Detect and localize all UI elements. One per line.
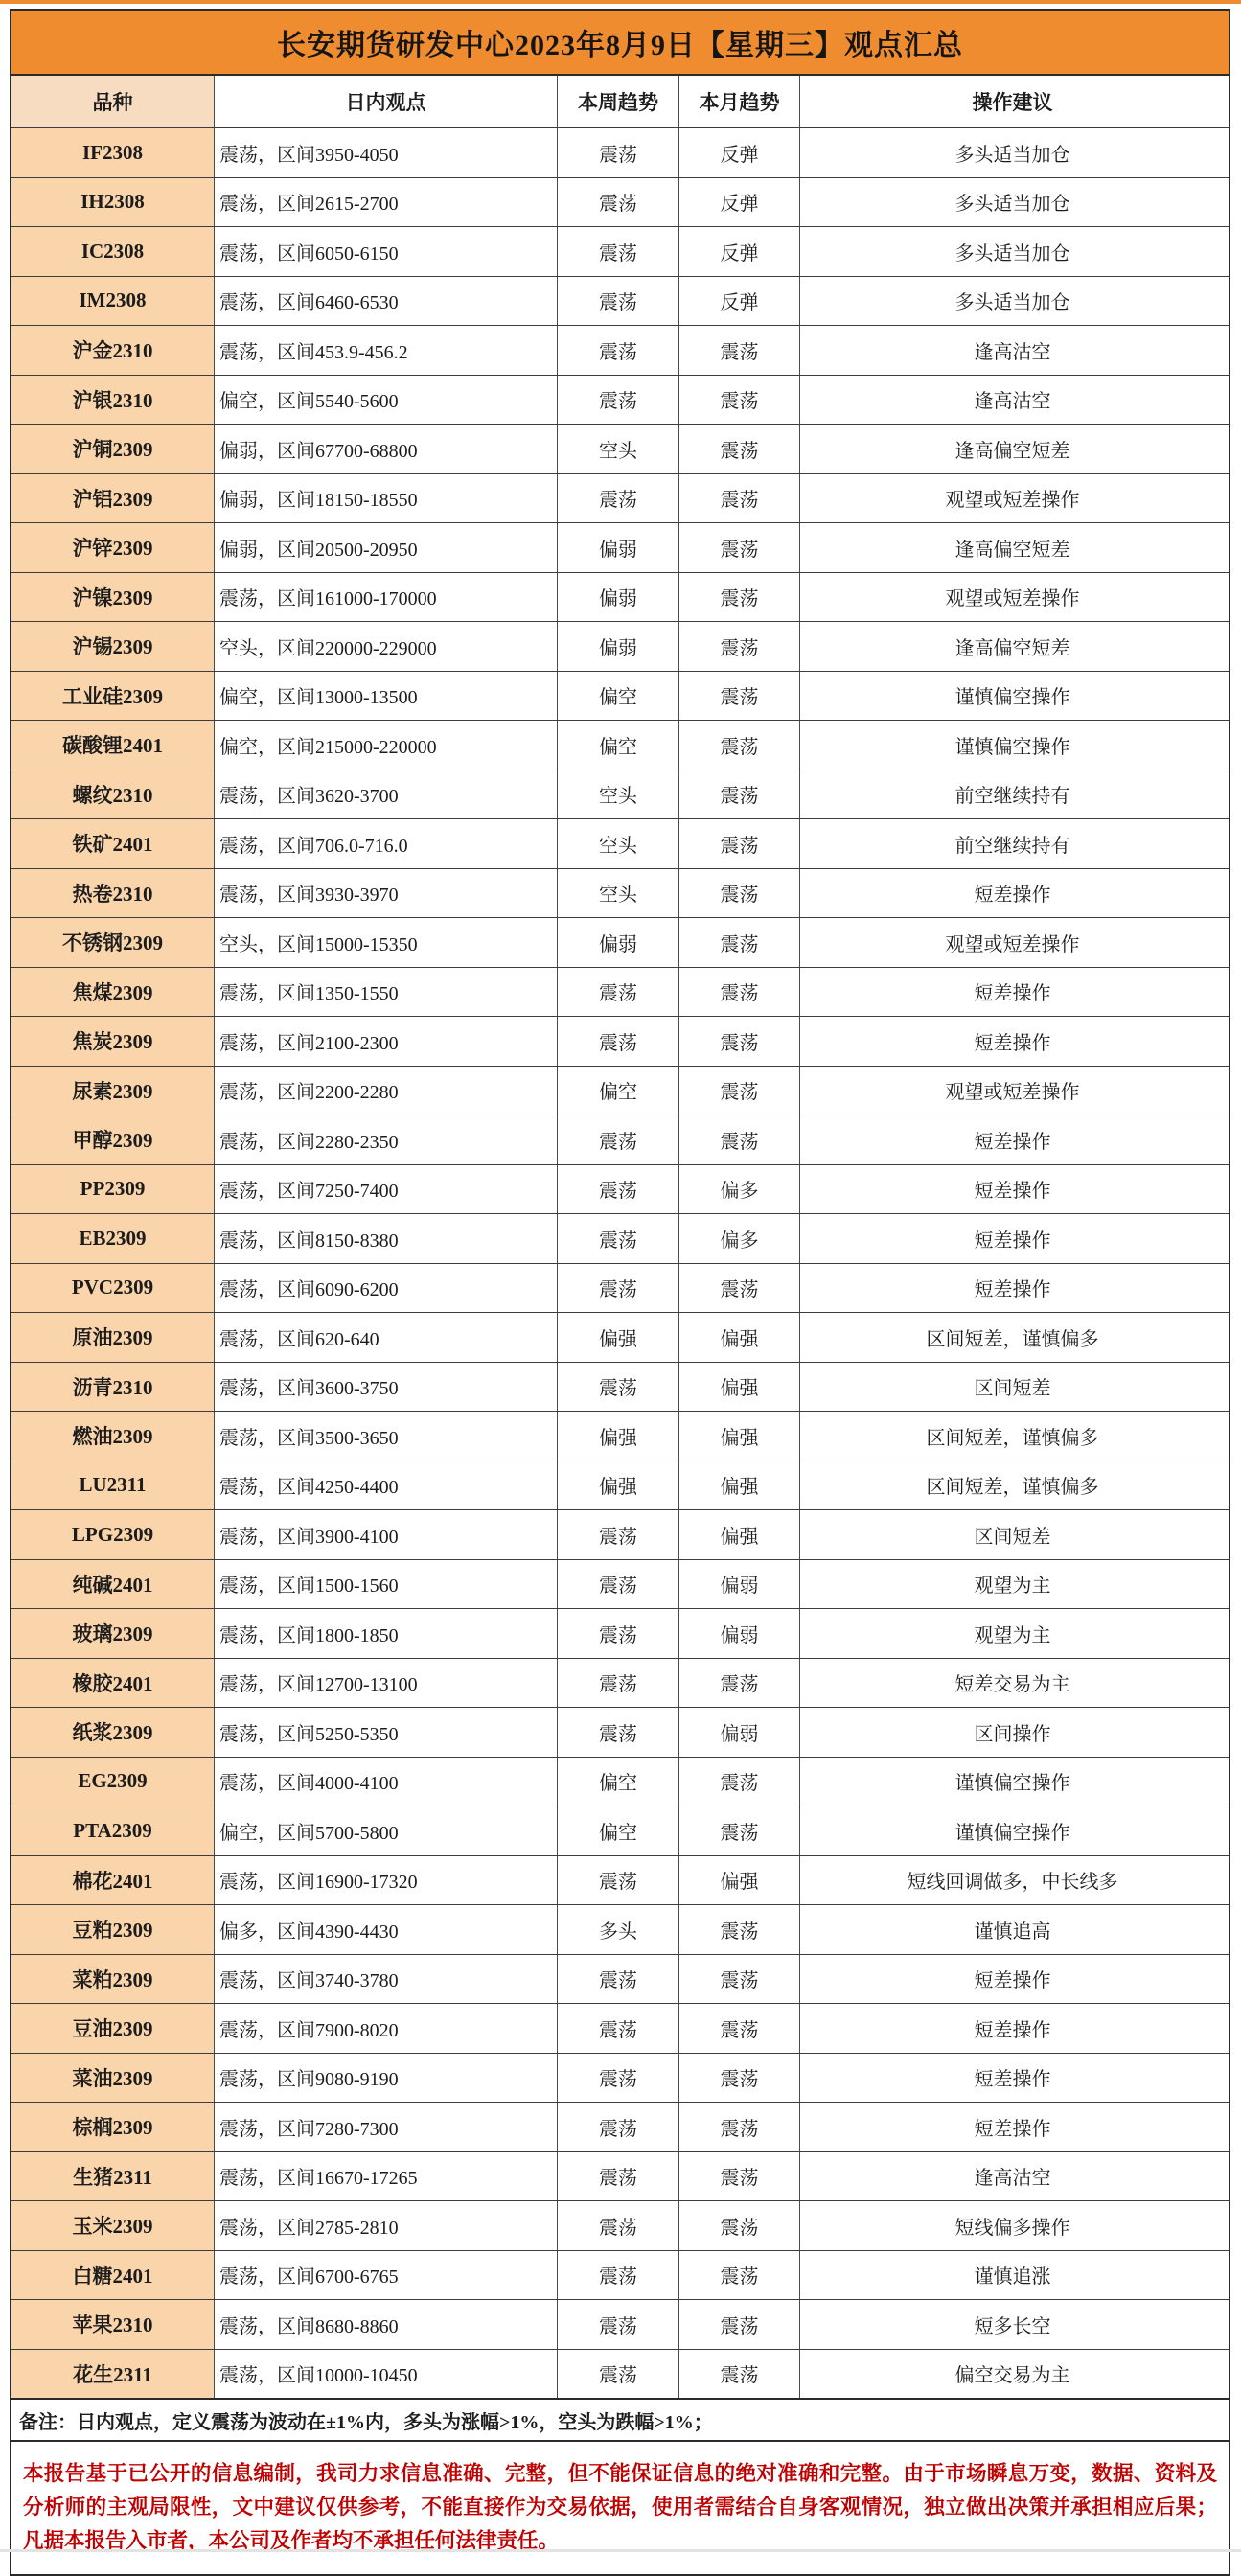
table-row: 沪铝2309 偏弱，区间18150-18550 震荡 震荡 观望或短差操作 [11,473,1229,523]
month-trend-cell: 震荡 [679,819,800,868]
advice-cell: 短差操作 [800,968,1225,1017]
week-trend-cell: 震荡 [558,968,679,1017]
advice-cell: 区间短差 [800,1363,1225,1412]
table-row: LPG2309 震荡，区间3900-4100 震荡 偏强 区间短差 [11,1509,1229,1559]
month-trend-cell: 震荡 [679,523,800,572]
advice-cell: 短多长空 [800,2300,1225,2349]
table-row: IC2308 震荡，区间6050-6150 震荡 反弹 多头适当加仓 [11,226,1229,276]
table-row: 纸浆2309 震荡，区间5250-5350 震荡 偏弱 区间操作 [11,1707,1229,1757]
advice-cell: 短差操作 [800,1214,1225,1263]
variety-cell: 不锈钢2309 [11,918,215,967]
intraday-cell: 偏弱，区间67700-68800 [215,425,558,473]
page-top-strip [0,0,1241,4]
intraday-cell: 震荡，区间6460-6530 [215,277,558,326]
table-row: PVC2309 震荡，区间6090-6200 震荡 震荡 短差操作 [11,1263,1229,1313]
advice-cell: 短差操作 [800,1165,1225,1214]
week-trend-cell: 空头 [558,869,679,918]
intraday-cell: 震荡，区间3500-3650 [215,1412,558,1460]
variety-cell: 菜粕2309 [11,1955,215,2004]
advice-cell: 短差操作 [800,2103,1225,2151]
month-trend-cell: 反弹 [679,178,800,227]
variety-cell: IC2308 [11,227,215,276]
month-trend-cell: 震荡 [679,2004,800,2053]
intraday-cell: 偏空，区间215000-220000 [215,721,558,770]
week-trend-cell: 震荡 [558,474,679,523]
week-trend-cell: 震荡 [558,1017,679,1066]
month-trend-cell: 震荡 [679,1659,800,1708]
week-trend-cell: 震荡 [558,1264,679,1313]
table-row: IF2308 震荡，区间3950-4050 震荡 反弹 多头适当加仓 [11,127,1229,177]
table-row: 热卷2310 震荡，区间3930-3970 空头 震荡 短差操作 [11,868,1229,918]
week-trend-cell: 震荡 [558,1560,679,1609]
report-table: 长安期货研发中心2023年8月9日【星期三】观点汇总 品种 日内观点 本周趋势 … [10,9,1230,2576]
week-trend-cell: 震荡 [558,2152,679,2201]
table-row: IH2308 震荡，区间2615-2700 震荡 反弹 多头适当加仓 [11,177,1229,227]
intraday-cell: 空头，区间15000-15350 [215,918,558,967]
table-row: PTA2309 偏空，区间5700-5800 偏空 震荡 谨慎偏空操作 [11,1805,1229,1855]
intraday-cell: 震荡，区间2615-2700 [215,178,558,227]
month-trend-cell: 震荡 [679,1264,800,1313]
disclaimer-text: 本报告基于已公开的信息编制，我司力求信息准确、完整，但不能保证信息的绝对准确和完… [23,2457,1217,2557]
table-row: 沥青2310 震荡，区间3600-3750 震荡 偏强 区间短差 [11,1362,1229,1412]
table-body: IF2308 震荡，区间3950-4050 震荡 反弹 多头适当加仓 IH230… [11,127,1229,2398]
advice-cell: 谨慎偏空操作 [800,672,1225,721]
table-row: 纯碱2401 震荡，区间1500-1560 震荡 偏弱 观望为主 [11,1559,1229,1609]
variety-cell: 焦炭2309 [11,1017,215,1066]
week-trend-cell: 空头 [558,819,679,868]
week-trend-cell: 偏空 [558,1806,679,1855]
advice-cell: 观望或短差操作 [800,474,1225,523]
intraday-cell: 震荡，区间2280-2350 [215,1115,558,1164]
report-title: 长安期货研发中心2023年8月9日【星期三】观点汇总 [11,11,1229,74]
intraday-cell: 震荡，区间8680-8860 [215,2300,558,2349]
column-header-advice: 操作建议 [800,76,1225,127]
week-trend-cell: 震荡 [558,1609,679,1658]
table-row: 菜粕2309 震荡，区间3740-3780 震荡 震荡 短差操作 [11,1954,1229,2004]
variety-cell: 苹果2310 [11,2300,215,2349]
advice-cell: 区间短差，谨慎偏多 [800,1313,1225,1362]
advice-cell: 谨慎追高 [800,1905,1225,1954]
month-trend-cell: 震荡 [679,2201,800,2250]
advice-cell: 观望为主 [800,1560,1225,1609]
advice-cell: 短差操作 [800,2004,1225,2053]
month-trend-cell: 震荡 [679,2152,800,2201]
table-row: 尿素2309 震荡，区间2200-2280 偏空 震荡 观望或短差操作 [11,1066,1229,1115]
advice-cell: 观望或短差操作 [800,918,1225,967]
table-header-row: 品种 日内观点 本周趋势 本月趋势 操作建议 [11,74,1229,127]
week-trend-cell: 空头 [558,425,679,473]
week-trend-cell: 震荡 [558,2300,679,2349]
advice-cell: 短差操作 [800,1115,1225,1164]
variety-cell: 甲醇2309 [11,1115,215,1164]
table-row: 白糖2401 震荡，区间6700-6765 震荡 震荡 谨慎追涨 [11,2250,1229,2300]
month-trend-cell: 偏弱 [679,1609,800,1658]
intraday-cell: 震荡，区间3740-3780 [215,1955,558,2004]
intraday-cell: 震荡，区间16900-17320 [215,1856,558,1905]
table-row: 工业硅2309 偏空，区间13000-13500 偏空 震荡 谨慎偏空操作 [11,671,1229,721]
advice-cell: 短差操作 [800,1264,1225,1313]
variety-cell: 沪铜2309 [11,425,215,473]
advice-cell: 观望为主 [800,1609,1225,1658]
variety-cell: 玻璃2309 [11,1609,215,1658]
month-trend-cell: 偏强 [679,1461,800,1510]
variety-cell: EG2309 [11,1758,215,1806]
intraday-cell: 震荡，区间620-640 [215,1313,558,1362]
table-row: IM2308 震荡，区间6460-6530 震荡 反弹 多头适当加仓 [11,276,1229,326]
month-trend-cell: 偏强 [679,1412,800,1460]
column-header-week-trend: 本周趋势 [558,76,679,127]
week-trend-cell: 震荡 [558,1214,679,1263]
month-trend-cell: 震荡 [679,1905,800,1954]
week-trend-cell: 震荡 [558,376,679,425]
variety-cell: LPG2309 [11,1510,215,1559]
variety-cell: IF2308 [11,128,215,177]
month-trend-cell: 反弹 [679,227,800,276]
month-trend-cell: 震荡 [679,1067,800,1115]
variety-cell: 铁矿2401 [11,819,215,868]
intraday-cell: 震荡，区间12700-13100 [215,1659,558,1708]
table-row: 燃油2309 震荡，区间3500-3650 偏强 偏强 区间短差，谨慎偏多 [11,1411,1229,1460]
table-row: 铁矿2401 震荡，区间706.0-716.0 空头 震荡 前空继续持有 [11,818,1229,868]
month-trend-cell: 震荡 [679,1806,800,1855]
table-row: 棉花2401 震荡，区间16900-17320 震荡 偏强 短线回调做多，中长线… [11,1855,1229,1905]
week-trend-cell: 偏强 [558,1461,679,1510]
week-trend-cell: 震荡 [558,2251,679,2300]
table-row: 沪锡2309 空头，区间220000-229000 偏弱 震荡 逢高偏空短差 [11,621,1229,671]
variety-cell: 尿素2309 [11,1067,215,1115]
table-row: 焦炭2309 震荡，区间2100-2300 震荡 震荡 短差操作 [11,1016,1229,1066]
month-trend-cell: 反弹 [679,128,800,177]
month-trend-cell: 偏多 [679,1214,800,1263]
week-trend-cell: 震荡 [558,1363,679,1412]
intraday-cell: 震荡，区间3930-3970 [215,869,558,918]
advice-cell: 短线回调做多，中长线多 [800,1856,1225,1905]
intraday-cell: 震荡，区间161000-170000 [215,573,558,622]
month-trend-cell: 震荡 [679,918,800,967]
variety-cell: 沥青2310 [11,1363,215,1412]
month-trend-cell: 震荡 [679,672,800,721]
variety-cell: IM2308 [11,277,215,326]
week-trend-cell: 空头 [558,770,679,819]
week-trend-cell: 震荡 [558,178,679,227]
table-row: 豆粕2309 偏多，区间4390-4430 多头 震荡 谨慎追高 [11,1904,1229,1954]
month-trend-cell: 偏强 [679,1856,800,1905]
week-trend-cell: 震荡 [558,1165,679,1214]
advice-cell: 区间短差，谨慎偏多 [800,1412,1225,1460]
intraday-cell: 偏弱，区间20500-20950 [215,523,558,572]
variety-cell: EB2309 [11,1214,215,1263]
advice-cell: 区间短差 [800,1510,1225,1559]
variety-cell: 工业硅2309 [11,672,215,721]
month-trend-cell: 震荡 [679,2103,800,2151]
month-trend-cell: 偏强 [679,1363,800,1412]
month-trend-cell: 震荡 [679,1758,800,1806]
variety-cell: PVC2309 [11,1264,215,1313]
table-row: 生猪2311 震荡，区间16670-17265 震荡 震荡 逢高沽空 [11,2151,1229,2201]
advice-cell: 偏空交易为主 [800,2350,1225,2399]
week-trend-cell: 震荡 [558,277,679,326]
variety-cell: 玉米2309 [11,2201,215,2250]
intraday-cell: 震荡，区间2785-2810 [215,2201,558,2250]
intraday-cell: 震荡，区间3900-4100 [215,1510,558,1559]
intraday-cell: 偏弱，区间18150-18550 [215,474,558,523]
week-trend-cell: 震荡 [558,2201,679,2250]
week-trend-cell: 震荡 [558,2350,679,2399]
variety-cell: 豆粕2309 [11,1905,215,1954]
column-header-variety: 品种 [11,76,215,127]
table-row: 螺纹2310 震荡，区间3620-3700 空头 震荡 前空继续持有 [11,770,1229,819]
intraday-cell: 震荡，区间3620-3700 [215,770,558,819]
intraday-cell: 震荡，区间7280-7300 [215,2103,558,2151]
variety-cell: 纸浆2309 [11,1708,215,1757]
table-row: 豆油2309 震荡，区间7900-8020 震荡 震荡 短差操作 [11,2003,1229,2053]
advice-cell: 逢高沽空 [800,376,1225,425]
intraday-cell: 震荡，区间6050-6150 [215,227,558,276]
intraday-cell: 偏空，区间5540-5600 [215,376,558,425]
column-header-intraday: 日内观点 [215,76,558,127]
variety-cell: 白糖2401 [11,2251,215,2300]
table-row: 沪镍2309 震荡，区间161000-170000 偏弱 震荡 观望或短差操作 [11,572,1229,622]
month-trend-cell: 偏强 [679,1510,800,1559]
week-trend-cell: 偏弱 [558,523,679,572]
month-trend-cell: 震荡 [679,869,800,918]
intraday-cell: 震荡，区间3600-3750 [215,1363,558,1412]
table-row: PP2309 震荡，区间7250-7400 震荡 偏多 短差操作 [11,1164,1229,1214]
month-trend-cell: 偏多 [679,1165,800,1214]
table-row: EG2309 震荡，区间4000-4100 偏空 震荡 谨慎偏空操作 [11,1757,1229,1806]
month-trend-cell: 震荡 [679,2054,800,2103]
table-row: 橡胶2401 震荡，区间12700-13100 震荡 震荡 短差交易为主 [11,1658,1229,1708]
variety-cell: PTA2309 [11,1806,215,1855]
table-row: LU2311 震荡，区间4250-4400 偏强 偏强 区间短差，谨慎偏多 [11,1460,1229,1510]
intraday-cell: 震荡，区间4000-4100 [215,1758,558,1806]
table-row: 甲醇2309 震荡，区间2280-2350 震荡 震荡 短差操作 [11,1115,1229,1164]
advice-cell: 短线偏多操作 [800,2201,1225,2250]
week-trend-cell: 震荡 [558,1659,679,1708]
month-trend-cell: 震荡 [679,968,800,1017]
advice-cell: 短差操作 [800,1017,1225,1066]
week-trend-cell: 多头 [558,1905,679,1954]
month-trend-cell: 震荡 [679,2251,800,2300]
variety-cell: 橡胶2401 [11,1659,215,1708]
week-trend-cell: 偏弱 [558,918,679,967]
advice-cell: 短差操作 [800,869,1225,918]
variety-cell: 纯碱2401 [11,1560,215,1609]
page-bottom-strip [0,2549,1241,2552]
advice-cell: 逢高偏空短差 [800,622,1225,671]
variety-cell: 沪锌2309 [11,523,215,572]
variety-cell: 菜油2309 [11,2054,215,2103]
table-row: 原油2309 震荡，区间620-640 偏强 偏强 区间短差，谨慎偏多 [11,1312,1229,1362]
advice-cell: 多头适当加仓 [800,128,1225,177]
table-row: 沪锌2309 偏弱，区间20500-20950 偏弱 震荡 逢高偏空短差 [11,522,1229,572]
week-trend-cell: 震荡 [558,128,679,177]
intraday-cell: 震荡，区间7900-8020 [215,2004,558,2053]
week-trend-cell: 震荡 [558,2103,679,2151]
week-trend-cell: 震荡 [558,1856,679,1905]
week-trend-cell: 震荡 [558,2054,679,2103]
week-trend-cell: 偏弱 [558,573,679,622]
advice-cell: 观望或短差操作 [800,1067,1225,1115]
week-trend-cell: 震荡 [558,227,679,276]
table-row: 沪银2310 偏空，区间5540-5600 震荡 震荡 逢高沽空 [11,375,1229,425]
month-trend-cell: 震荡 [679,721,800,770]
advice-cell: 逢高偏空短差 [800,523,1225,572]
month-trend-cell: 震荡 [679,474,800,523]
advice-cell: 前空继续持有 [800,819,1225,868]
week-trend-cell: 震荡 [558,1115,679,1164]
week-trend-cell: 偏弱 [558,622,679,671]
advice-cell: 观望或短差操作 [800,573,1225,622]
month-trend-cell: 震荡 [679,1115,800,1164]
intraday-cell: 震荡，区间1500-1560 [215,1560,558,1609]
intraday-cell: 空头，区间220000-229000 [215,622,558,671]
table-row: 苹果2310 震荡，区间8680-8860 震荡 震荡 短多长空 [11,2299,1229,2349]
month-trend-cell: 反弹 [679,277,800,326]
month-trend-cell: 偏弱 [679,1708,800,1757]
variety-cell: 热卷2310 [11,869,215,918]
variety-cell: 沪锡2309 [11,622,215,671]
month-trend-cell: 震荡 [679,326,800,375]
intraday-cell: 震荡，区间1350-1550 [215,968,558,1017]
advice-cell: 区间操作 [800,1708,1225,1757]
week-trend-cell: 震荡 [558,1510,679,1559]
intraday-cell: 震荡，区间3950-4050 [215,128,558,177]
advice-cell: 区间短差，谨慎偏多 [800,1461,1225,1510]
month-trend-cell: 震荡 [679,622,800,671]
table-row: 棕榈2309 震荡，区间7280-7300 震荡 震荡 短差操作 [11,2102,1229,2151]
month-trend-cell: 偏弱 [679,1560,800,1609]
intraday-cell: 震荡，区间8150-8380 [215,1214,558,1263]
variety-cell: 花生2311 [11,2350,215,2399]
variety-cell: 沪银2310 [11,376,215,425]
variety-cell: 燃油2309 [11,1412,215,1460]
month-trend-cell: 震荡 [679,573,800,622]
table-row: 花生2311 震荡，区间10000-10450 震荡 震荡 偏空交易为主 [11,2349,1229,2399]
month-trend-cell: 震荡 [679,2300,800,2349]
advice-cell: 逢高偏空短差 [800,425,1225,473]
table-row: 菜油2309 震荡，区间9080-9190 震荡 震荡 短差操作 [11,2053,1229,2103]
month-trend-cell: 偏强 [679,1313,800,1362]
advice-cell: 多头适当加仓 [800,178,1225,227]
intraday-cell: 震荡，区间4250-4400 [215,1461,558,1510]
week-trend-cell: 震荡 [558,326,679,375]
variety-cell: 豆油2309 [11,2004,215,2053]
variety-cell: 沪镍2309 [11,573,215,622]
variety-cell: 沪铝2309 [11,474,215,523]
advice-cell: 短差交易为主 [800,1659,1225,1708]
intraday-cell: 震荡，区间10000-10450 [215,2350,558,2399]
month-trend-cell: 震荡 [679,1955,800,2004]
month-trend-cell: 震荡 [679,2350,800,2399]
intraday-cell: 震荡，区间1800-1850 [215,1609,558,1658]
week-trend-cell: 震荡 [558,2004,679,2053]
intraday-cell: 震荡，区间6700-6765 [215,2251,558,2300]
intraday-cell: 震荡，区间2200-2280 [215,1067,558,1115]
intraday-cell: 震荡，区间2100-2300 [215,1017,558,1066]
table-row: 玻璃2309 震荡，区间1800-1850 震荡 偏弱 观望为主 [11,1608,1229,1658]
table-row: 焦煤2309 震荡，区间1350-1550 震荡 震荡 短差操作 [11,967,1229,1017]
intraday-cell: 震荡，区间7250-7400 [215,1165,558,1214]
advice-cell: 谨慎偏空操作 [800,721,1225,770]
table-row: 碳酸锂2401 偏空，区间215000-220000 偏空 震荡 谨慎偏空操作 [11,720,1229,770]
intraday-cell: 震荡，区间16670-17265 [215,2152,558,2201]
variety-cell: 焦煤2309 [11,968,215,1017]
variety-cell: LU2311 [11,1461,215,1510]
table-row: EB2309 震荡，区间8150-8380 震荡 偏多 短差操作 [11,1213,1229,1263]
variety-cell: 棕榈2309 [11,2103,215,2151]
column-header-month-trend: 本月趋势 [679,76,800,127]
week-trend-cell: 震荡 [558,1708,679,1757]
advice-cell: 逢高沽空 [800,326,1225,375]
week-trend-cell: 偏强 [558,1412,679,1460]
month-trend-cell: 震荡 [679,425,800,473]
note-row: 备注：日内观点，定义震荡为波动在±1%内，多头为涨幅>1%，空头为跌幅>1%； [11,2398,1229,2440]
variety-cell: 棉花2401 [11,1856,215,1905]
advice-cell: 谨慎追涨 [800,2251,1225,2300]
advice-cell: 短差操作 [800,1955,1225,2004]
advice-cell: 前空继续持有 [800,770,1225,819]
week-trend-cell: 偏空 [558,721,679,770]
advice-cell: 多头适当加仓 [800,277,1225,326]
intraday-cell: 震荡，区间706.0-716.0 [215,819,558,868]
month-trend-cell: 震荡 [679,770,800,819]
week-trend-cell: 偏空 [558,1067,679,1115]
advice-cell: 谨慎偏空操作 [800,1758,1225,1806]
intraday-cell: 偏空，区间5700-5800 [215,1806,558,1855]
advice-cell: 谨慎偏空操作 [800,1806,1225,1855]
month-trend-cell: 震荡 [679,1017,800,1066]
variety-cell: 原油2309 [11,1313,215,1362]
week-trend-cell: 偏空 [558,672,679,721]
intraday-cell: 震荡，区间9080-9190 [215,2054,558,2103]
disclaimer-row: 本报告基于已公开的信息编制，我司力求信息准确、完整，但不能保证信息的绝对准确和完… [11,2440,1229,2574]
table-row: 玉米2309 震荡，区间2785-2810 震荡 震荡 短线偏多操作 [11,2200,1229,2250]
intraday-cell: 偏空，区间13000-13500 [215,672,558,721]
week-trend-cell: 偏强 [558,1313,679,1362]
advice-cell: 短差操作 [800,2054,1225,2103]
variety-cell: 沪金2310 [11,326,215,375]
variety-cell: PP2309 [11,1165,215,1214]
variety-cell: 碳酸锂2401 [11,721,215,770]
advice-cell: 逢高沽空 [800,2152,1225,2201]
variety-cell: IH2308 [11,178,215,227]
intraday-cell: 震荡，区间453.9-456.2 [215,326,558,375]
variety-cell: 螺纹2310 [11,770,215,819]
table-row: 沪铜2309 偏弱，区间67700-68800 空头 震荡 逢高偏空短差 [11,424,1229,473]
intraday-cell: 偏多，区间4390-4430 [215,1905,558,1954]
intraday-cell: 震荡，区间5250-5350 [215,1708,558,1757]
table-row: 沪金2310 震荡，区间453.9-456.2 震荡 震荡 逢高沽空 [11,325,1229,375]
week-trend-cell: 偏空 [558,1758,679,1806]
table-row: 不锈钢2309 空头，区间15000-15350 偏弱 震荡 观望或短差操作 [11,917,1229,967]
advice-cell: 多头适当加仓 [800,227,1225,276]
month-trend-cell: 震荡 [679,376,800,425]
intraday-cell: 震荡，区间6090-6200 [215,1264,558,1313]
week-trend-cell: 震荡 [558,1955,679,2004]
variety-cell: 生猪2311 [11,2152,215,2201]
